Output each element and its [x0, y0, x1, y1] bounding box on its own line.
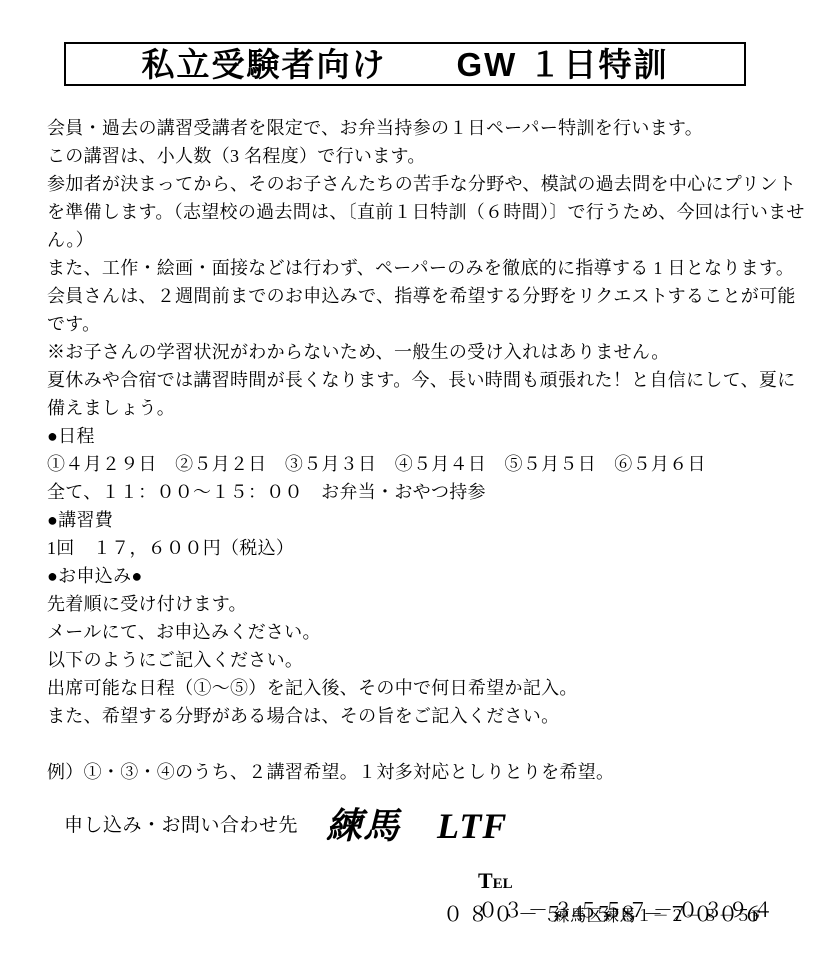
schedule-dates: ①４月２９日 ②５月２日 ③５月３日 ④５月４日 ⑤５月５日 ⑥５月６日: [47, 450, 787, 478]
blank-line: [47, 730, 787, 758]
body-line-summer-1: 夏休みや合宿では講習時間が長くなります。今、長い時間も頑張れた！と自信にして、夏…: [47, 366, 787, 394]
apply-line-3: 以下のようにご記入ください。: [47, 646, 787, 674]
apply-line-4: 出席可能な日程（①～⑤）を記入後、その中で何日希望か記入。: [47, 674, 787, 702]
title-box: 私立受験者向け GW １日特訓: [64, 42, 746, 86]
body-line-summer-2: 備えましょう。: [47, 394, 787, 422]
contact-label: 申し込み・お問い合わせ先: [64, 810, 298, 837]
apply-line-1: 先着順に受け付けます。: [47, 590, 787, 618]
body-line-intro-1: 会員・過去の講習受講者を限定で、お弁当持参の１日ペーパー特訓を行います。: [47, 114, 787, 142]
body-line-intro-3: 参加者が決まってから、そのお子さんたちの苦手な分野や、模試の過去問を中心にプリン…: [47, 170, 787, 198]
apply-line-5: また、希望する分野がある場合は、その旨をご記入ください。: [47, 702, 787, 730]
apply-heading: ●お申込み●: [47, 562, 787, 590]
flyer-page: 私立受験者向け GW １日特訓 会員・過去の講習受講者を限定で、お弁当持参の１日…: [0, 0, 823, 960]
body-text: 会員・過去の講習受講者を限定で、お弁当持参の１日ペーパー特訓を行います。 この講…: [47, 114, 787, 786]
fee-amount: 1回 １７，６００円（税込）: [47, 534, 787, 562]
body-line-intro-2: この講習は、小人数（3 名程度）で行います。: [47, 142, 787, 170]
apply-line-2: メールにて、お申込みください。: [47, 618, 787, 646]
body-line-policy-3: です。: [47, 310, 787, 338]
schedule-heading: ●日程: [47, 422, 787, 450]
body-line-policy-2: 会員さんは、２週間前までのお申込みで、指導を希望する分野をリクエストすることが可…: [47, 282, 787, 310]
example-line: 例）①・③・④のうち、２講習希望。１対多対応としりとりを希望。: [47, 758, 787, 786]
schedule-time: 全て、１１：００～１５：００ お弁当・おやつ持参: [47, 478, 787, 506]
body-line-intro-4: を準備します。（志望校の過去問は、〔直前１日特訓（６時間）〕で行うため、今回は行…: [47, 198, 787, 226]
body-line-note: ※お子さんの学習状況がわからないため、一般生の受け入れはありません。: [47, 338, 787, 366]
body-line-policy-1: また、工作・絵画・面接などは行わず、ペーパーのみを徹底的に指導する 1 日となり…: [47, 254, 787, 282]
page-title: 私立受験者向け GW １日特訓: [142, 48, 669, 81]
body-line-intro-5: ん。）: [47, 226, 787, 254]
address: 練馬区練馬１－２－８－５F: [554, 903, 761, 926]
contact-row: 申し込み・お問い合わせ先 練馬 LTF: [64, 798, 507, 849]
contact-name: 練馬 LTF: [326, 798, 507, 849]
fee-heading: ●講習費: [47, 506, 787, 534]
